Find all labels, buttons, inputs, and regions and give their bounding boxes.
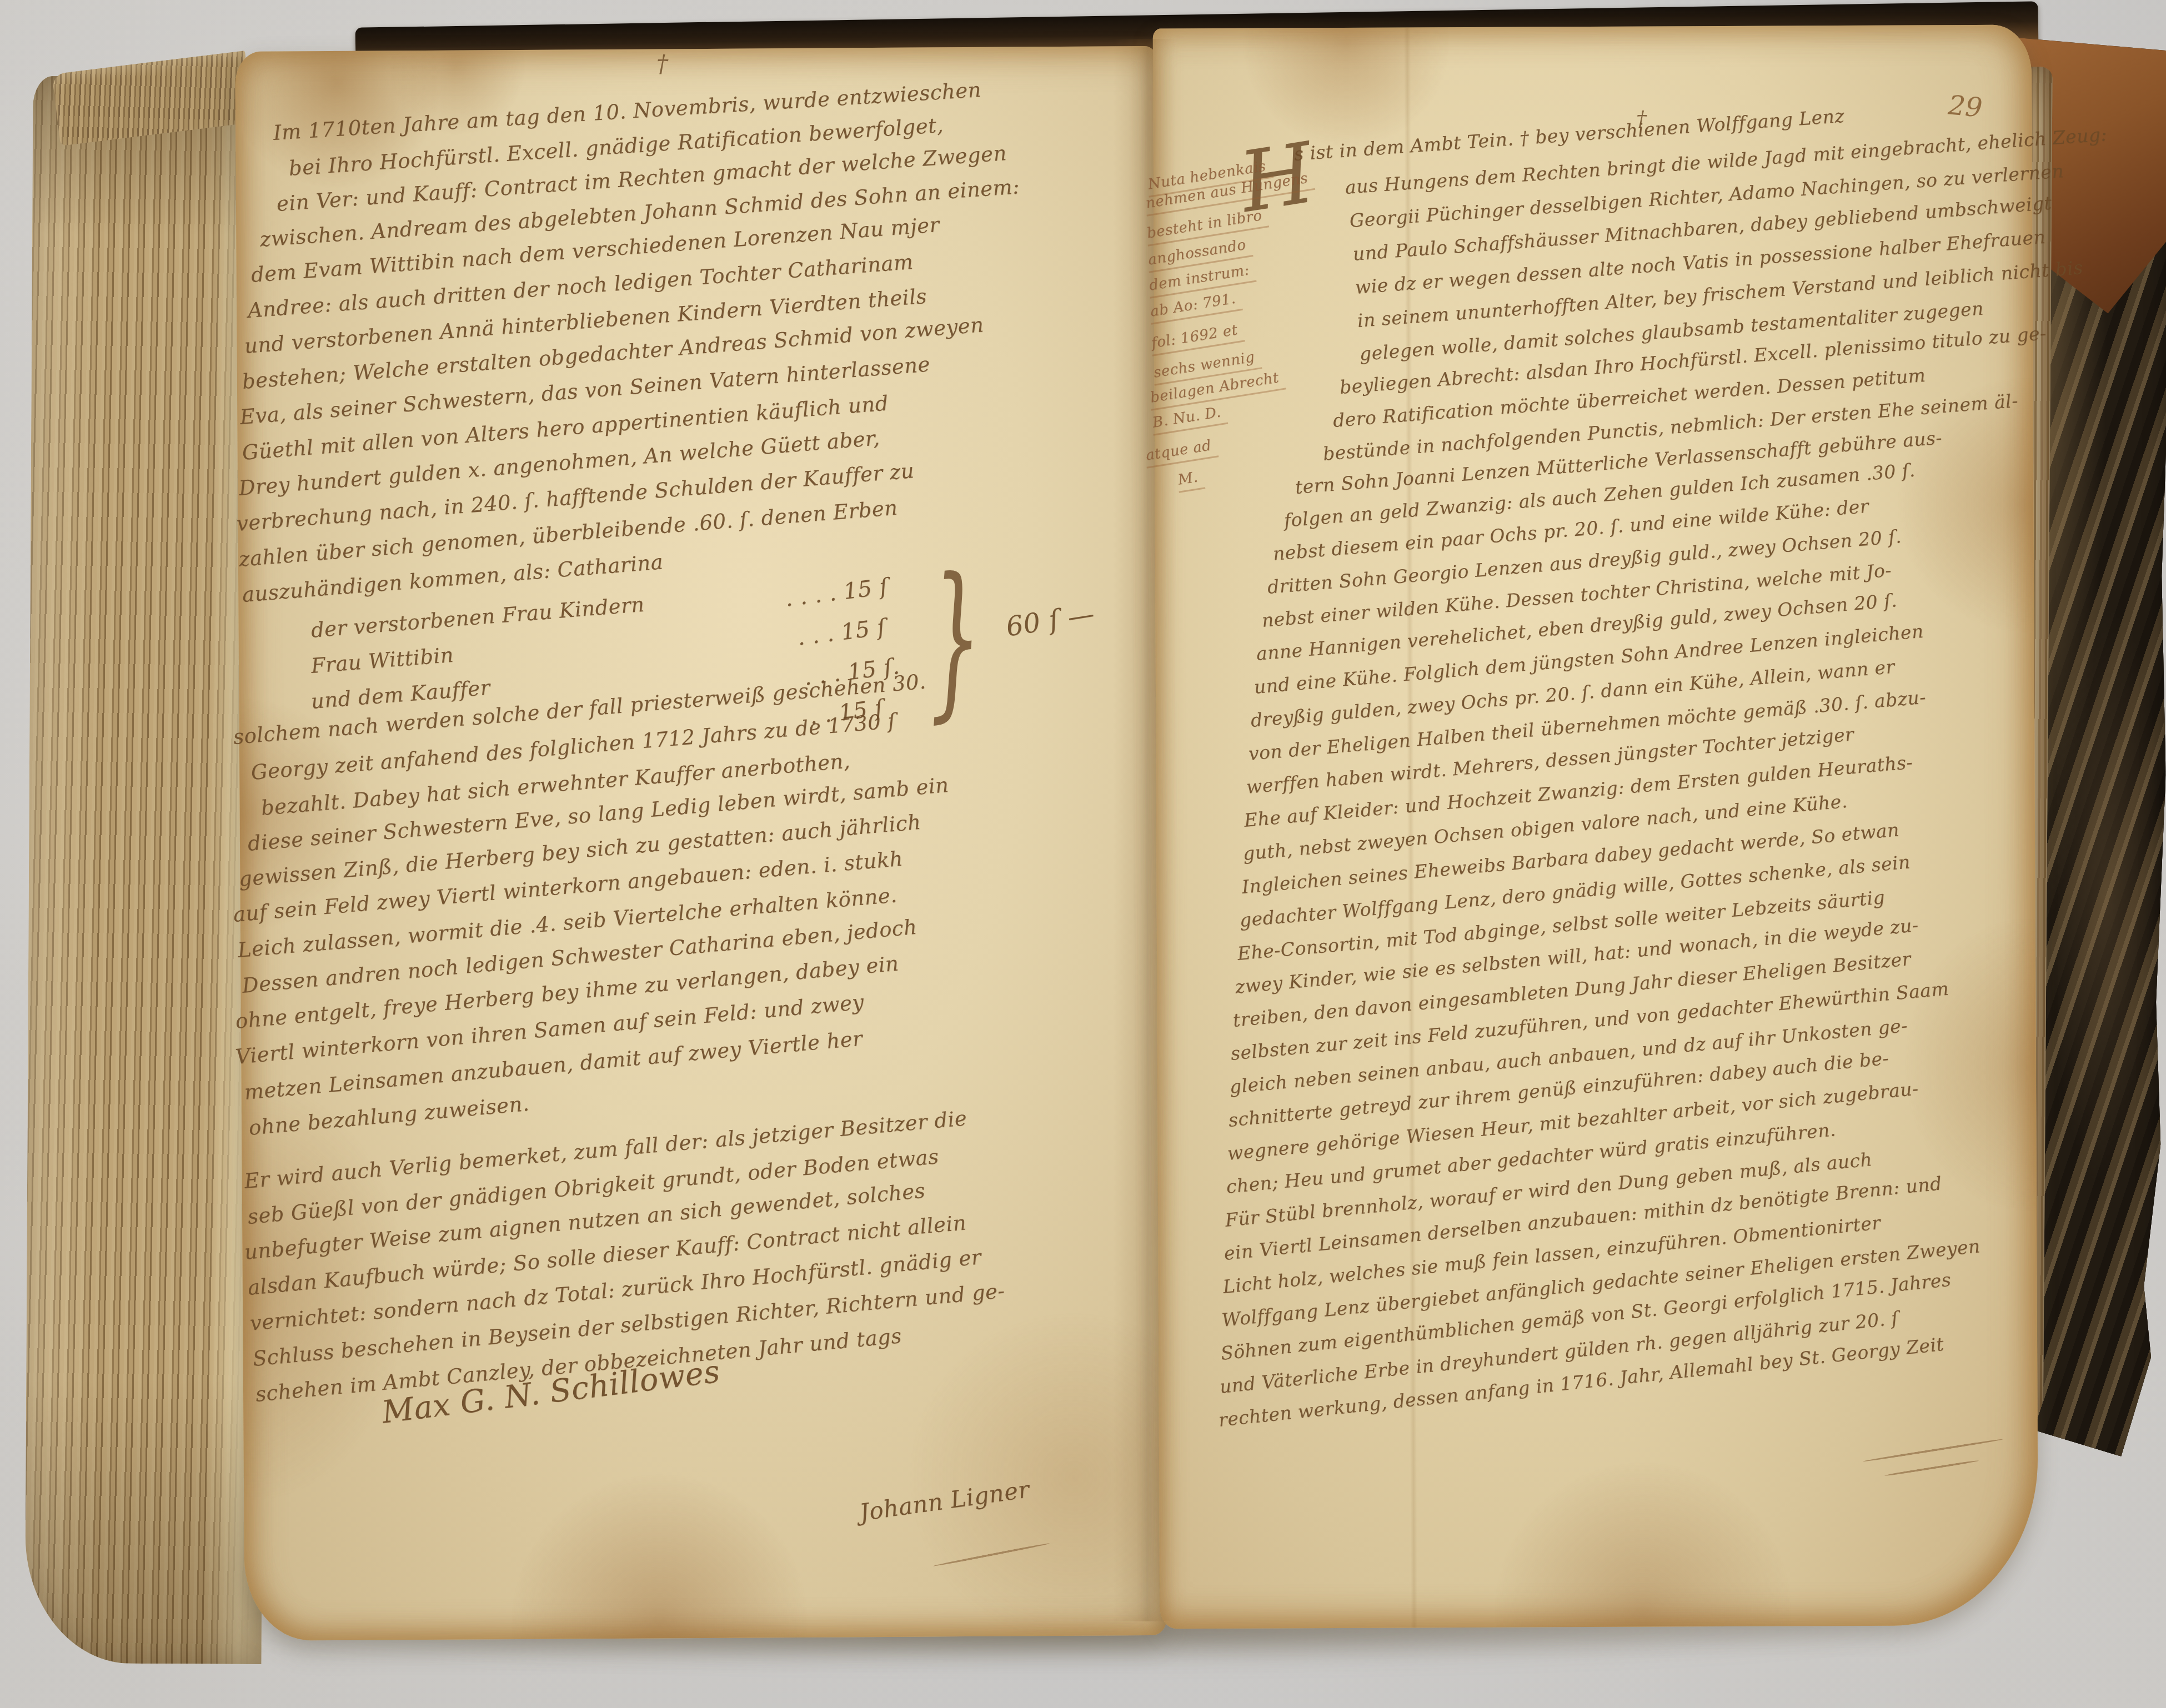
page-block-fore-edge bbox=[25, 76, 270, 1664]
right-page bbox=[1153, 25, 2039, 1629]
left-page bbox=[235, 46, 1166, 1641]
manuscript-photo: † Im 1710ten Jahre am tag den 10. Novemb… bbox=[0, 0, 2166, 1708]
